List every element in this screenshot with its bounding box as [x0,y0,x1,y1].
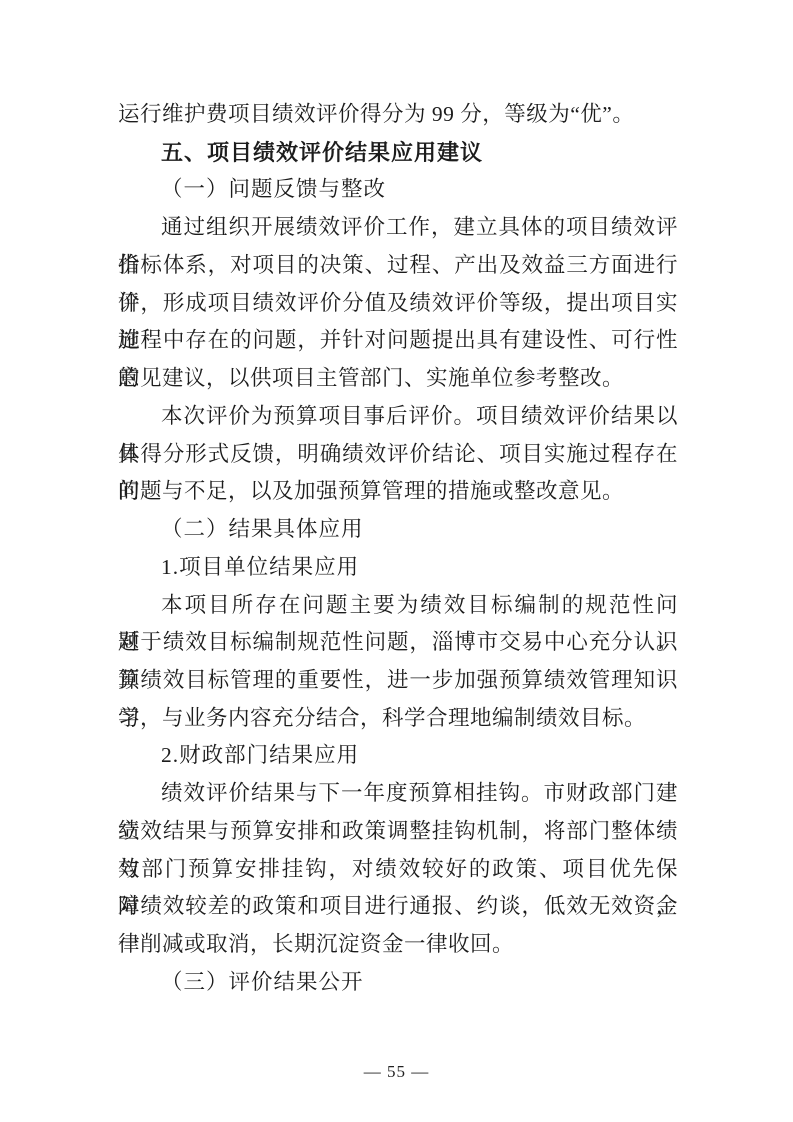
paragraph-line: 运行维护费项目绩效评价得分为 99 分，等级为“优”。 [118,96,678,134]
paragraph-line: 绩效结果与预算安排和政策调整挂钩机制，将部门整体绩效 [118,813,678,851]
numbered-heading: 2.财政部门结果应用 [118,737,678,775]
paragraph-line: 律削减或取消，长期沉淀资金一律收回。 [118,926,678,964]
paragraph-line: 本项目所存在问题主要为绩效目标编制的规范性问题。 [118,587,678,625]
section-heading: 五、项目绩效评价结果应用建议 [118,134,678,172]
paragraph-line: 通过组织开展绩效评价工作，建立具体的项目绩效评价 [118,209,678,247]
subsection-heading: （二）结果具体应用 [118,511,678,549]
paragraph-line: 问题与不足，以及加强预算管理的措施或整改意见。 [118,473,678,511]
paragraph-line: 对于绩效目标编制规范性问题，淄博市交易中心充分认识预 [118,624,678,662]
document-body: 运行维护费项目绩效评价得分为 99 分，等级为“优”。 五、项目绩效评价结果应用… [118,96,678,1002]
page-number: — 55 — [0,1060,793,1084]
paragraph-line: 算绩效目标管理的重要性，进一步加强预算绩效管理知识学 [118,662,678,700]
paragraph-line: 指标体系，对项目的决策、过程、产出及效益三方面进行评 [118,247,678,285]
subsection-heading: （一）问题反馈与整改 [118,171,678,209]
subsection-heading: （三）评价结果公开 [118,964,678,1002]
numbered-heading: 1.项目单位结果应用 [118,549,678,587]
paragraph-line: 绩效评价结果与下一年度预算相挂钩。市财政部门建立 [118,775,678,813]
paragraph-line: 对绩效较差的政策和项目进行通报、约谈，低效无效资金一 [118,888,678,926]
paragraph-line: 体得分形式反馈，明确绩效评价结论、项目实施过程存在的 [118,436,678,474]
paragraph-line: 本次评价为预算项目事后评价。项目绩效评价结果以具 [118,398,678,436]
paragraph-line: 过程中存在的问题，并针对问题提出具有建设性、可行性的 [118,322,678,360]
paragraph-line: 价，形成项目绩效评价分值及绩效评价等级，提出项目实施 [118,285,678,323]
paragraph-line: 与部门预算安排挂钩，对绩效较好的政策、项目优先保障， [118,851,678,889]
paragraph-line: 习，与业务内容充分结合，科学合理地编制绩效目标。 [118,700,678,738]
document-page: 运行维护费项目绩效评价得分为 99 分，等级为“优”。 五、项目绩效评价结果应用… [0,0,793,1122]
paragraph-line: 意见建议，以供项目主管部门、实施单位参考整改。 [118,360,678,398]
